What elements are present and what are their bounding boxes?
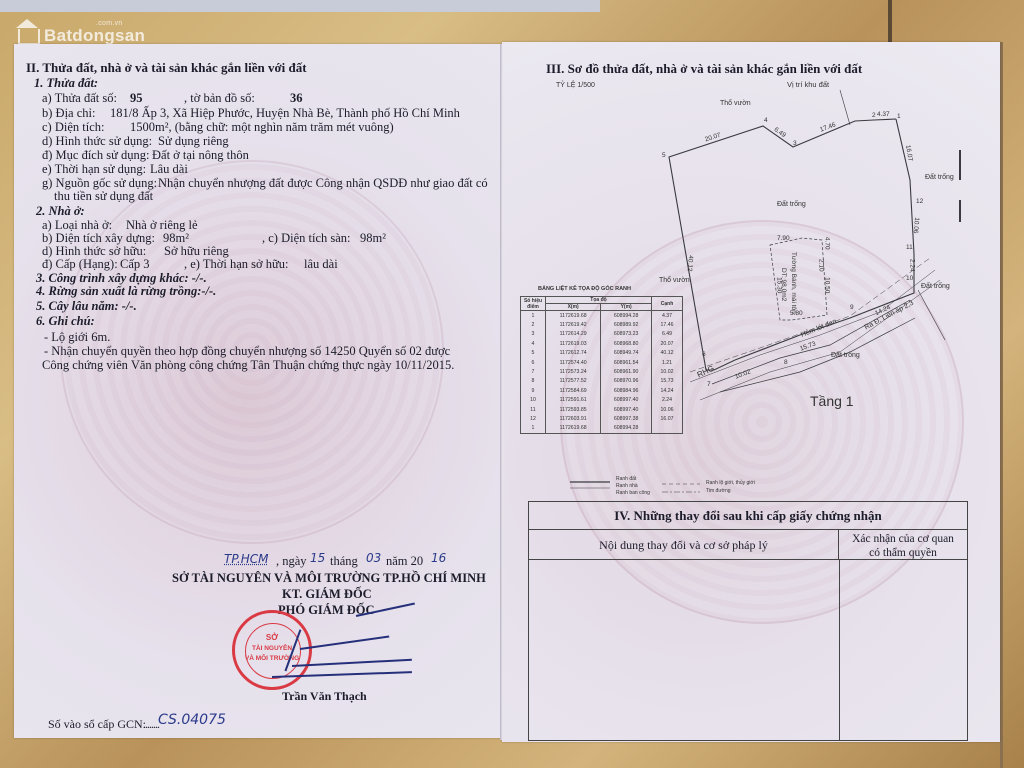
coord-table-title: BẢNG LIỆT KÊ TỌA ĐỘ GÓC RANH bbox=[538, 286, 631, 292]
changes-title: IV. Những thay đổi sau khi cấp giấy chứn… bbox=[529, 502, 967, 530]
cell-x: 1172619.03 bbox=[546, 339, 601, 348]
table-row: 61172574.40608961.541.21 bbox=[521, 358, 683, 367]
svg-text:7: 7 bbox=[707, 381, 711, 388]
cell-y: 608997.40 bbox=[601, 396, 652, 405]
legend-road-boundary: Ranh lộ giới, thủy giới bbox=[706, 481, 755, 486]
map-label-garden-top: Thổ vườn bbox=[720, 100, 751, 107]
table-row: 41172619.03608968.8020.07 bbox=[521, 339, 683, 348]
map-label-empty-bottom: Đất trống bbox=[831, 352, 860, 359]
cell-x: 1172593.85 bbox=[546, 405, 601, 414]
table-row: 101172591.61608997.402.24 bbox=[521, 396, 683, 405]
svg-text:8: 8 bbox=[784, 359, 788, 366]
table-row: 111172593.85608997.4010.06 bbox=[521, 405, 683, 414]
cell-x: 1172573.24 bbox=[546, 367, 601, 376]
map-label-empty-right: Đất trống bbox=[925, 174, 954, 181]
table-row: 51172612.74608949.7440.12 bbox=[521, 349, 683, 358]
legend-road-center: Tim đường bbox=[706, 489, 731, 494]
cell-x: 1172603.91 bbox=[546, 414, 601, 423]
cell-edge: 4.37 bbox=[652, 311, 683, 321]
cell-edge: 6.49 bbox=[652, 330, 683, 339]
cell-edge: 20.07 bbox=[652, 339, 683, 348]
cell-edge: 17.46 bbox=[652, 320, 683, 329]
cell-edge: 40.12 bbox=[652, 349, 683, 358]
table-row: 31172614.29608973.236.49 bbox=[521, 330, 683, 339]
cell-y: 608970.96 bbox=[601, 377, 652, 386]
cell-x: 1172574.40 bbox=[546, 358, 601, 367]
cell-pt: 6 bbox=[521, 358, 546, 367]
map-label-garden-left: Thổ vườn bbox=[659, 277, 690, 284]
changes-col-content: Nội dung thay đổi và cơ sở pháp lý bbox=[529, 530, 839, 560]
floor-label: Tầng 1 bbox=[810, 394, 854, 408]
cell-edge: 14.24 bbox=[652, 386, 683, 395]
legend-balcony-boundary: Ranh ban công bbox=[616, 491, 650, 496]
table-row: 121172603.91608997.3816.07 bbox=[521, 414, 683, 423]
cell-pt: 10 bbox=[521, 396, 546, 405]
cell-x: 1172612.74 bbox=[546, 349, 601, 358]
edge-length: 2.24 bbox=[908, 259, 915, 272]
cell-x: 1172577.52 bbox=[546, 377, 601, 386]
legend-land-boundary: Ranh đất bbox=[616, 477, 636, 482]
table-row: 91172584.69608984.9614.24 bbox=[521, 386, 683, 395]
table-row: 21172619.42608989.9217.46 bbox=[521, 320, 683, 329]
cell-pt: 1 bbox=[521, 424, 546, 434]
house-dim: 5.80 bbox=[790, 311, 803, 318]
cell-pt: 5 bbox=[521, 349, 546, 358]
svg-text:2: 2 bbox=[872, 112, 876, 119]
svg-text:4: 4 bbox=[764, 117, 768, 124]
svg-text:12: 12 bbox=[916, 198, 924, 205]
cell-edge: 16.07 bbox=[652, 414, 683, 423]
cell-pt: 1 bbox=[521, 311, 546, 321]
cell-pt: 7 bbox=[521, 367, 546, 376]
svg-text:6: 6 bbox=[702, 351, 706, 358]
cell-y: 608989.92 bbox=[601, 320, 652, 329]
house-dim: 7.90 bbox=[777, 236, 790, 243]
cell-x: 1172591.61 bbox=[546, 396, 601, 405]
svg-text:9: 9 bbox=[850, 304, 854, 311]
house-dim: 15.30 bbox=[775, 277, 782, 293]
cell-y: 608949.74 bbox=[601, 349, 652, 358]
coord-table: Số hiệu điểm Tọa độ Cạnh X(m) Y(m) 11172… bbox=[520, 296, 683, 434]
table-row: 71172573.24608961.9010.02 bbox=[521, 367, 683, 376]
cell-edge: 2.24 bbox=[652, 396, 683, 405]
changes-col-confirmation: Xác nhận của cơ quan có thẩm quyền bbox=[839, 530, 967, 560]
cell-pt: 2 bbox=[521, 320, 546, 329]
svg-text:5: 5 bbox=[662, 152, 666, 159]
edge-length: 4.37 bbox=[877, 112, 890, 119]
cell-y: 608994.28 bbox=[601, 311, 652, 321]
cell-x: 1172619.68 bbox=[546, 424, 601, 434]
cell-pt: 12 bbox=[521, 414, 546, 423]
cell-edge bbox=[652, 424, 683, 434]
edge-length: 16.07 bbox=[904, 145, 913, 162]
map-label-empty-right2: Đất trống bbox=[921, 283, 950, 290]
svg-text:10: 10 bbox=[906, 275, 914, 282]
edge-length: 10.06 bbox=[911, 217, 919, 234]
cell-y: 608997.38 bbox=[601, 414, 652, 423]
svg-text:11: 11 bbox=[906, 244, 913, 251]
table-row: 11172619.68608994.284.37 bbox=[521, 311, 683, 321]
cell-y: 608961.90 bbox=[601, 367, 652, 376]
cell-edge: 10.06 bbox=[652, 405, 683, 414]
cell-edge: 10.02 bbox=[652, 367, 683, 376]
cell-y: 608973.23 bbox=[601, 330, 652, 339]
cell-edge: 1.21 bbox=[652, 358, 683, 367]
map-label-empty-center: Đất trống bbox=[777, 201, 806, 208]
house-label: Tường Bánh, mái tôn bbox=[790, 252, 797, 314]
house-dim: 4.70 bbox=[823, 237, 830, 250]
table-row: 81172577.52608970.9615.73 bbox=[521, 377, 683, 386]
cell-pt: 3 bbox=[521, 330, 546, 339]
cell-pt: 11 bbox=[521, 405, 546, 414]
house-dim: 10.50 bbox=[823, 277, 830, 293]
cell-y: 608997.40 bbox=[601, 405, 652, 414]
cell-x: 1172614.29 bbox=[546, 330, 601, 339]
svg-text:3: 3 bbox=[793, 140, 797, 147]
cell-y: 608994.28 bbox=[601, 424, 652, 434]
cell-edge: 15.73 bbox=[652, 377, 683, 386]
cell-y: 608968.80 bbox=[601, 339, 652, 348]
house-dim: 2.10 bbox=[817, 259, 824, 272]
legend-house-boundary: Ranh nhà bbox=[616, 484, 638, 489]
svg-text:1: 1 bbox=[897, 113, 901, 120]
cell-pt: 4 bbox=[521, 339, 546, 348]
cell-y: 608961.54 bbox=[601, 358, 652, 367]
edge-length: 40.12 bbox=[685, 255, 693, 272]
cell-x: 1172619.42 bbox=[546, 320, 601, 329]
cell-x: 1172584.69 bbox=[546, 386, 601, 395]
cell-pt: 8 bbox=[521, 377, 546, 386]
changes-table: IV. Những thay đổi sau khi cấp giấy chứn… bbox=[528, 501, 968, 741]
cell-pt: 9 bbox=[521, 386, 546, 395]
cell-y: 608984.96 bbox=[601, 386, 652, 395]
table-row: 11172619.68608994.28 bbox=[521, 424, 683, 434]
cell-x: 1172619.68 bbox=[546, 311, 601, 321]
